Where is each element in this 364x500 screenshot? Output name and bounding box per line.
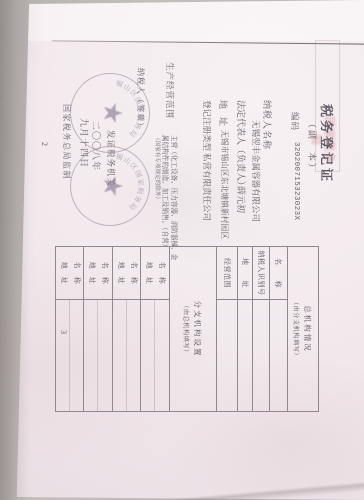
branch-row-value [56,300,84,411]
row-value-empty [238,300,252,411]
table-row-scope: 经营范围 [216,247,237,411]
branch-name-label: 名 称 [155,262,168,285]
row-label-name: 名 称 [270,247,287,300]
branch-row-labels: 名 称 地 址 [142,247,170,300]
issuer-footer: 国家税务总局监制 [61,104,72,180]
branch-row-labels: 名 称 地 址 [85,247,113,300]
branch-row-value [113,300,141,411]
branch-address-label: 地 址 [57,262,70,285]
taxpayer-name-label: 纳税人名称 [261,100,274,150]
branch-row-value [85,300,113,411]
taxpayer-name-value: 无锡翌丰金属容器有限公司 [250,120,262,222]
code-label: 编码 [289,112,301,131]
scanned-tax-certificate: 国家税务局 税务登记证 （副 本） 编码 320200715323023X 纳税… [0,0,364,500]
scope-line-2: 属结构件的制造、加工及销售。（自营） [161,135,171,250]
branch-name-label: 名 称 [70,262,83,285]
legal-rep-value: 薛元初 [235,186,248,213]
branch-row-value [142,300,170,411]
ink-blotch [0,322,11,352]
address-label: 地址 [217,100,230,134]
certificate-title: 税务登记证 [318,104,337,184]
branch-row-labels: 名 称 地 址 [113,247,141,300]
hq-header-text: 总机构情况 [303,305,314,353]
scope-line-1: 主营（化工设备、压力容器、消防器械、金 [170,135,180,260]
branch-address-label: 地 址 [114,262,127,285]
table-row-tax-id: 纳税人识别号 [252,247,269,411]
row-value-empty [217,300,237,411]
reg-type-label: 登记注册类型 [201,100,213,151]
branch-info-table: 总机构情况 （由分支机构填写） 名 称 纳税人识别号 地 址 经营范围 [55,246,319,412]
scope-line-3: （国家有专项规定的除外） [154,135,162,202]
official-round-seal-2: 锡山区国家税务局 ★ [70,146,150,226]
branch-address-label: 地 址 [85,262,98,285]
hq-header-note: （由分支机构填写） [293,299,302,359]
branch-header-note: （由总机构填写） [183,302,192,356]
branch-header-text: 分支机构设置 [193,301,204,358]
branch-entry-row: 名 称 地 址 [56,247,84,411]
branch-entry-row: 名 称 地 址 [112,247,141,411]
rotated-document: 国家税务局 税务登记证 （副 本） 编码 320200715323023X 纳税… [0,0,364,500]
legal-rep-label: 法定代表人（负责人） [235,100,248,190]
booklet-backing-strip [0,0,364,41]
scope-label: 生产经营范围 [164,62,176,119]
branch-section-header: 分支机构设置 （由总机构填写） [169,247,216,411]
address-value: 无锡市锡山区东北塘镇新村园区 [219,130,230,239]
row-label-tax-id: 纳税人识别号 [253,247,269,300]
official-round-seal-1: 锡山区国家税务局 ★ [70,73,150,153]
row-value-empty [270,300,287,411]
row-label-address: 地 址 [238,247,252,300]
star-icon: ★ [97,74,127,152]
branch-row-labels: 名 称 地 址 [56,247,84,300]
branch-entry-row: 名 称 地 址 [84,247,113,411]
reg-type-value: 私营有限责任公司 [201,153,213,221]
page-number-2: 2 [40,142,49,146]
code-value: 320200715323023X [292,142,300,220]
hq-section-header: 总机构情况 （由分支机构填写） [287,247,318,411]
certificate-subtitle: （副 本） [306,119,319,174]
branch-name-label: 名 称 [127,262,140,285]
row-label-scope: 经营范围 [217,247,237,300]
table-row-address: 地 址 [237,247,252,411]
branch-name-label: 名 称 [98,262,111,285]
row-value-empty [253,300,269,411]
table-row-name: 名 称 [269,247,287,411]
branch-address-label: 地 址 [142,262,155,285]
star-icon: ★ [97,147,127,225]
paper-sheet: 国家税务局 税务登记证 （副 本） 编码 320200715323023X 纳税… [0,0,364,500]
page-number-3: 3 [59,330,68,334]
branch-entry-row: 名 称 地 址 [141,247,170,411]
